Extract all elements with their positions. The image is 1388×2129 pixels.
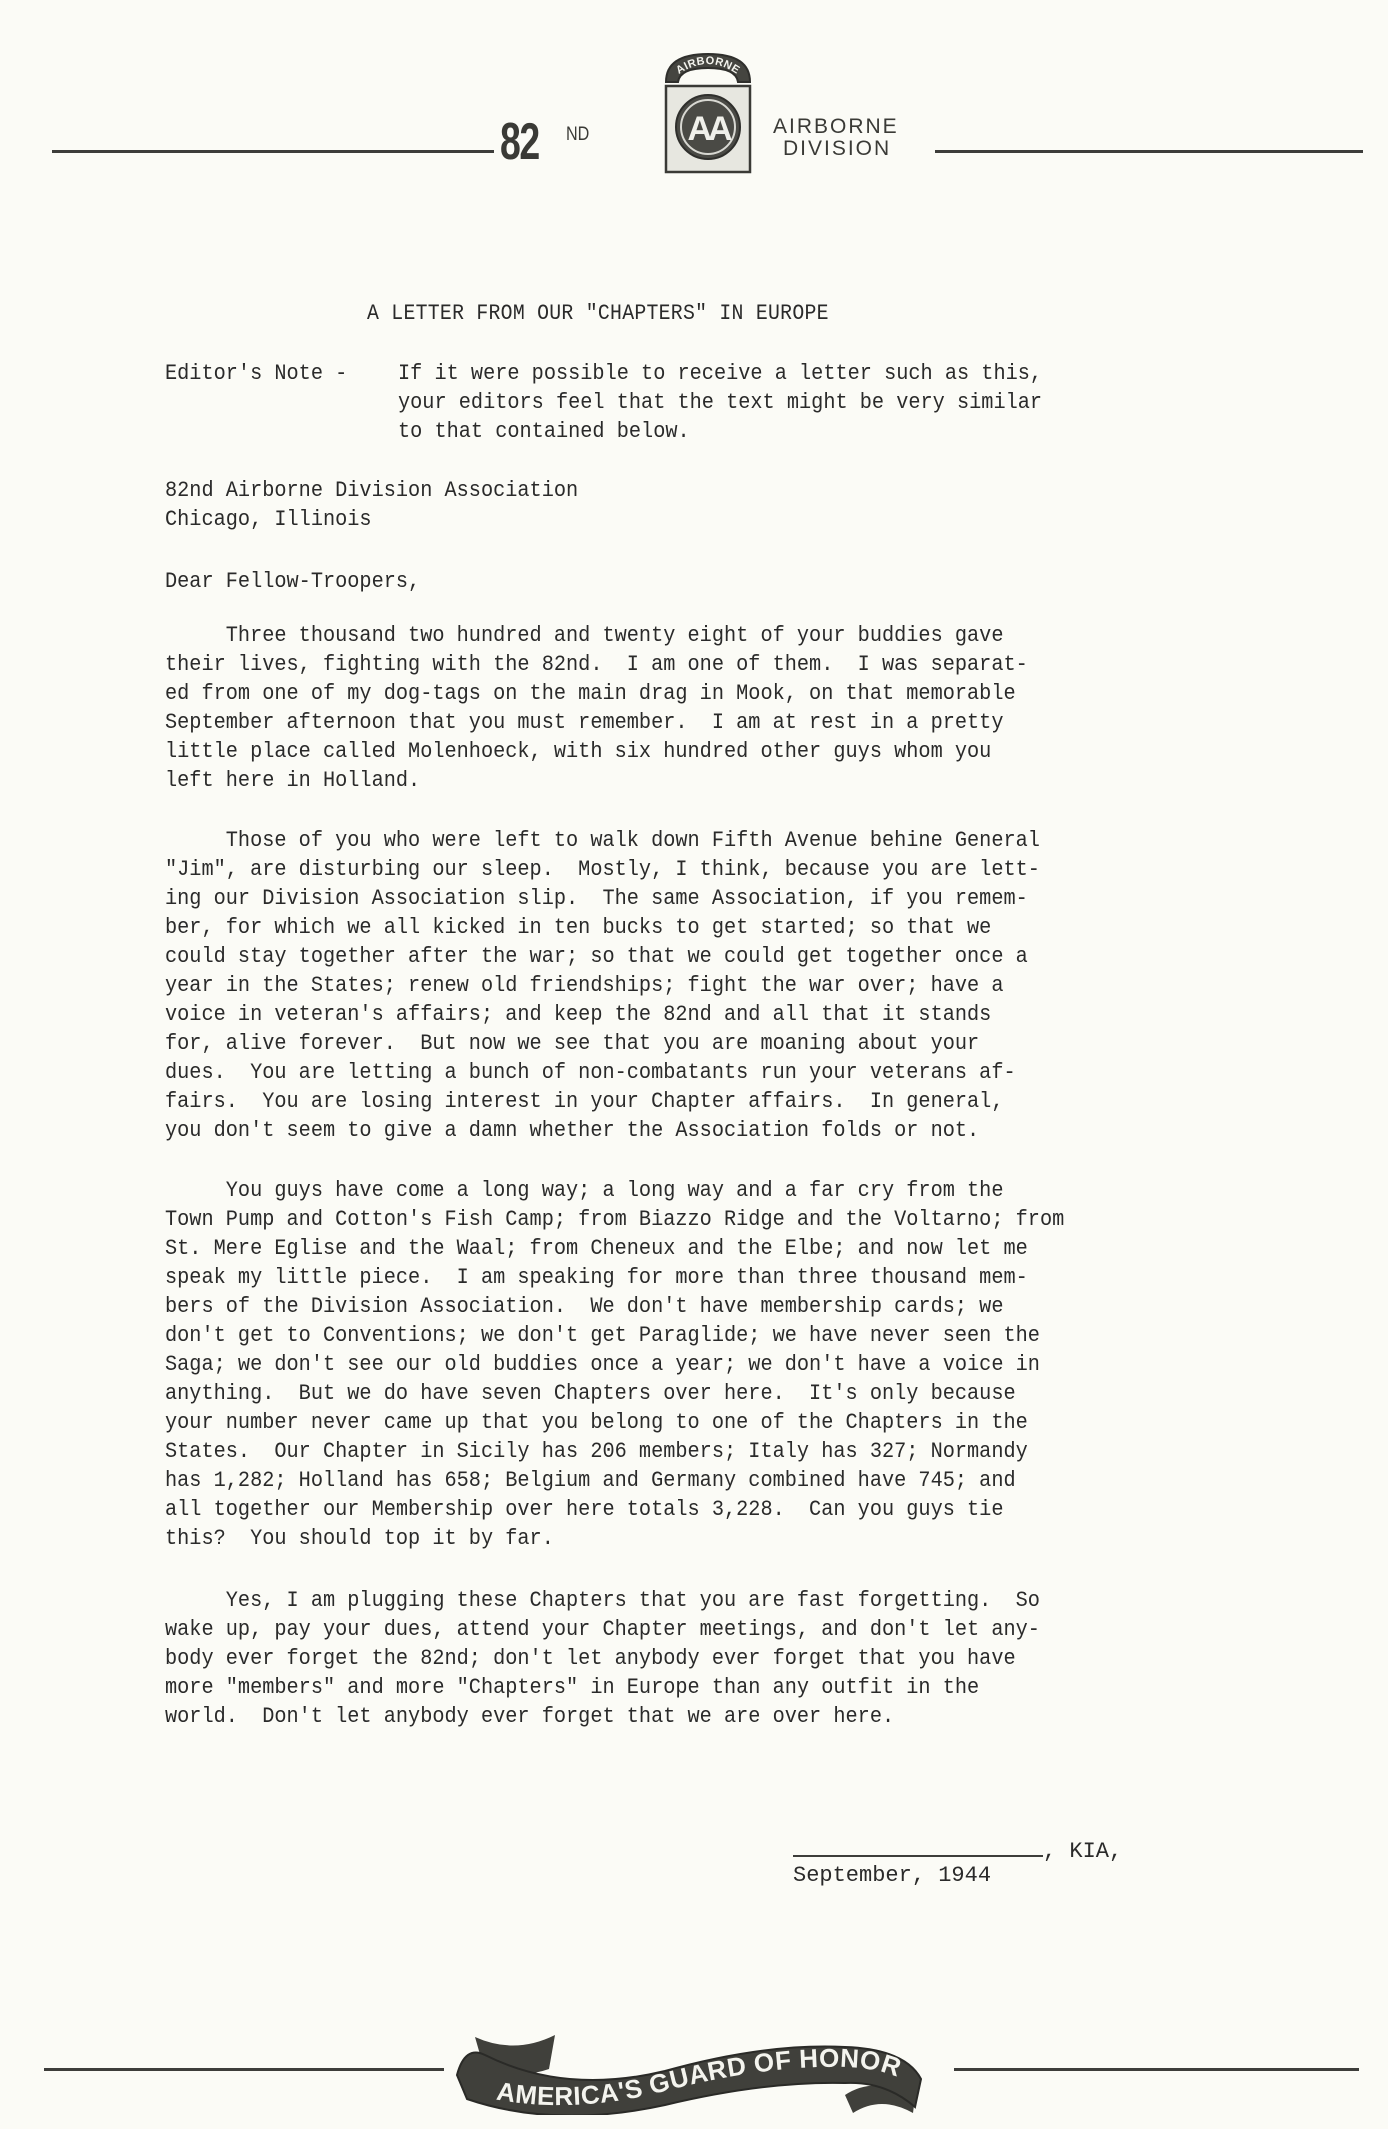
division-name-line1: AIRBORNE — [773, 116, 899, 138]
signature-suffix: , KIA, — [1043, 1839, 1122, 1864]
division-name-line2: DIVISION — [773, 138, 899, 160]
body-paragraph: Yes, I am plugging these Chapters that y… — [165, 1586, 1040, 1731]
signature-blank-line — [793, 1835, 1043, 1857]
editors-note-label: Editor's Note - — [165, 359, 347, 388]
footer-rule-left — [44, 2068, 444, 2071]
signature-block: , KIA, September, 1944 — [793, 1835, 1122, 1890]
editors-note-text: If it were possible to receive a letter … — [398, 359, 1042, 446]
footer-rule-right — [954, 2068, 1359, 2071]
letterhead-rule-right — [935, 150, 1363, 153]
document-title: A LETTER FROM OUR "CHAPTERS" IN EUROPE — [367, 301, 829, 326]
body-paragraph: You guys have come a long way; a long wa… — [165, 1176, 1064, 1553]
signature-date: September, 1944 — [793, 1862, 1122, 1890]
letterhead: 82 ND AIRBORNE AA AIRBORNE DIVISION — [0, 0, 1388, 200]
letterhead-rule-left — [52, 150, 494, 153]
body-paragraph: Those of you who were left to walk down … — [165, 826, 1040, 1145]
division-number: 82 — [500, 112, 539, 172]
body-paragraph: Three thousand two hundred and twenty ei… — [165, 621, 1028, 795]
recipient-address: 82nd Airborne Division Association Chica… — [165, 476, 578, 534]
guard-of-honor-banner-icon: AMERICA'S GUARD OF HONOR — [445, 2025, 955, 2115]
airborne-insignia-icon: AIRBORNE AA — [660, 50, 756, 176]
division-name: AIRBORNE DIVISION — [773, 116, 899, 160]
division-number-suffix: ND — [566, 124, 589, 146]
svg-text:AA: AA — [687, 110, 732, 148]
salutation: Dear Fellow-Troopers, — [165, 567, 420, 596]
